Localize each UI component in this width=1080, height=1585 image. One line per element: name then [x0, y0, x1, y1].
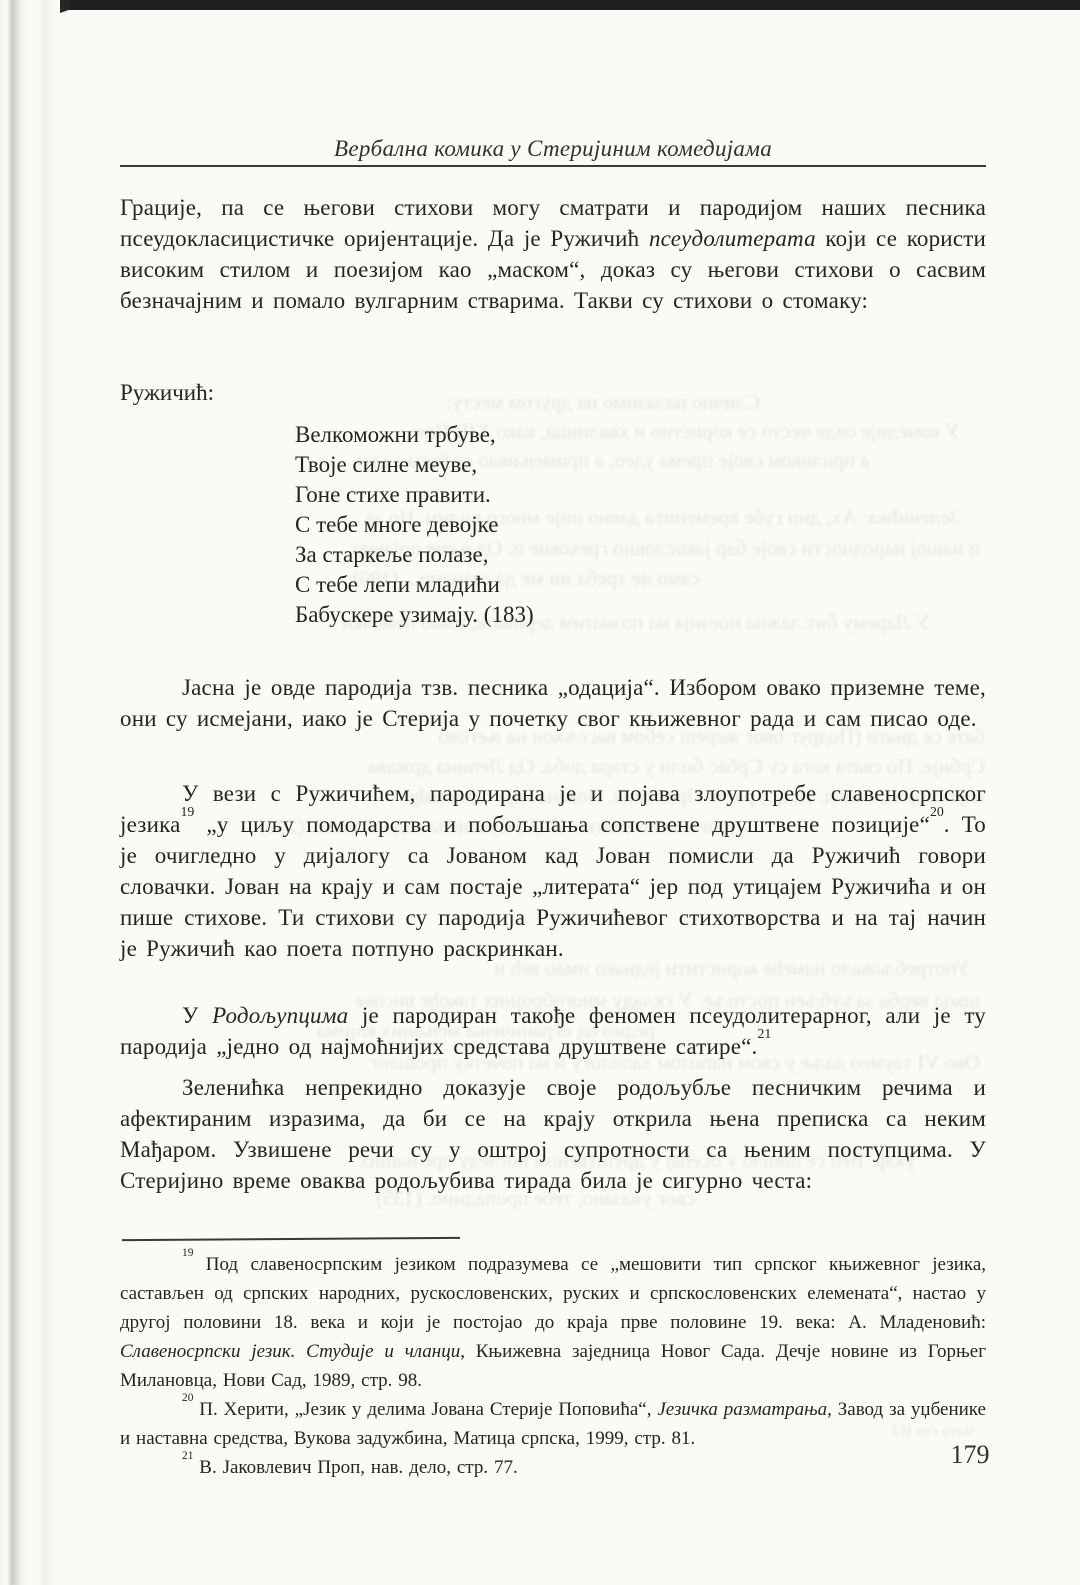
scan-edge-top	[0, 0, 1080, 10]
footnote-text: П. Херити, „Језик у делима Јована Стериј…	[193, 1399, 657, 1420]
footnote: 20 П. Херити, „Језик у делима Јована Сте…	[120, 1395, 986, 1453]
footnote-number: 19	[182, 1247, 193, 1259]
paragraph: У Родољупцима је пародиран такође феноме…	[120, 1000, 986, 1062]
verse-line: Велкоможни трбуве,	[295, 420, 534, 450]
verse-line: Гоне стихе правити.	[295, 480, 534, 510]
footnote-separator	[122, 1237, 460, 1241]
paragraph: Грације, па се његови стихови могу сматр…	[120, 192, 986, 316]
footnote-number: 21	[182, 1450, 193, 1462]
cited-title: Језичка разматрања	[657, 1399, 827, 1420]
footnote-reference: 19	[181, 804, 195, 819]
header-rule	[120, 165, 986, 167]
page-edge-shadow	[0, 0, 60, 1585]
cited-title: Славеносрпски језик. Студије и чланци	[120, 1341, 460, 1362]
speaker-label: Ружичић:	[120, 380, 986, 406]
paragraph: У вези с Ружичићем, пародирана је и поја…	[120, 778, 986, 964]
verse-line: С тебе многе девојке	[295, 510, 534, 540]
footnotes: 19 Под славеносрпским језиком подразумев…	[120, 1250, 986, 1482]
footnote-reference: 21	[758, 1026, 772, 1041]
verse-quote: Велкоможни трбуве, Твоје силне меуве, Го…	[295, 420, 534, 630]
italic-term: псеудолитерата	[649, 226, 816, 251]
footnote-text: Под славеносрпским језиком подразумева с…	[120, 1254, 986, 1333]
paragraph: Јасна је овде пародија тзв. песника „ода…	[120, 672, 986, 734]
footnote-number: 20	[182, 1392, 193, 1404]
paragraph: Зеленићка непрекидно доказује своје родо…	[120, 1072, 986, 1196]
paragraph-text: У	[182, 1003, 212, 1028]
bleedthrough-text: и нашој народности своје бар јакословно …	[140, 536, 980, 560]
bleedthrough-text: Србије. По свата кога су Србас били у ст…	[135, 754, 985, 778]
footnote: 21 В. Јаковлевич Проп, нав. дело, стр. 7…	[120, 1453, 986, 1482]
running-header: Вербална комика у Стеријиним комедијама	[120, 136, 986, 162]
footnote-text: В. Јаковлевич Проп, нав. дело, стр. 77.	[193, 1457, 517, 1478]
verse-line: С тебе лепи младићи	[295, 570, 534, 600]
page-number: 179	[930, 1440, 1010, 1470]
footnote-reference: 20	[930, 804, 944, 819]
verse-line: Бабускере узимају. (183)	[295, 600, 534, 630]
italic-title: Родољупцима	[212, 1003, 348, 1028]
verse-line: За старкеље полазе,	[295, 540, 534, 570]
scanned-book-page: Слично налазимо на другом месту: У комед…	[0, 0, 1080, 1585]
verse-line: Твоје силне меуве,	[295, 450, 534, 480]
footnote: 19 Под славеносрпским језиком подразумев…	[120, 1250, 986, 1395]
paragraph-text: „у циљу помодарства и побољшања сопствен…	[194, 812, 930, 837]
